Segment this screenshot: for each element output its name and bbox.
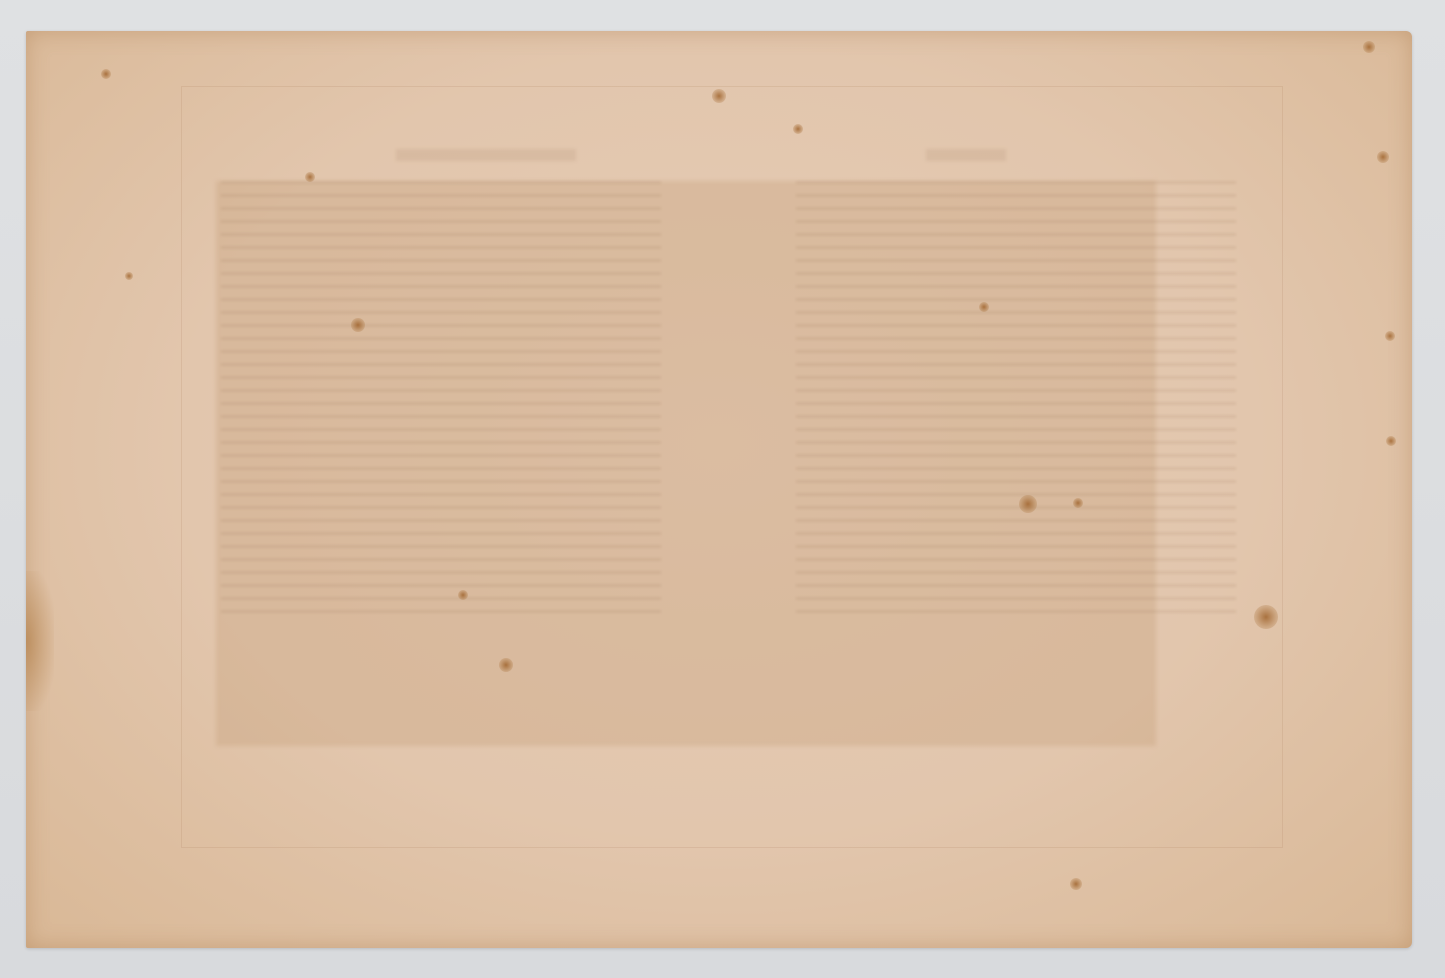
- foxing-spot: [1363, 41, 1375, 53]
- heading-ghost-left: [396, 149, 576, 161]
- foxing-spot: [458, 590, 468, 600]
- text-showthrough-left: [221, 181, 661, 621]
- foxing-spot: [351, 318, 365, 332]
- foxing-spot: [1254, 605, 1278, 629]
- foxing-spot: [979, 302, 989, 312]
- foxing-spot: [125, 272, 133, 280]
- foxing-spot: [793, 124, 803, 134]
- foxing-spot: [712, 89, 726, 103]
- heading-ghost-right: [926, 149, 1006, 161]
- foxing-spot: [101, 69, 111, 79]
- foxing-spot: [1386, 436, 1396, 446]
- edge-stain: [26, 571, 54, 711]
- foxing-spot: [1019, 495, 1037, 513]
- foxing-spot: [1070, 878, 1082, 890]
- foxing-spot: [1073, 498, 1083, 508]
- foxing-spot: [499, 658, 513, 672]
- foxing-spot: [1377, 151, 1389, 163]
- foxing-spot: [305, 172, 315, 182]
- paper-sheet: [26, 31, 1412, 948]
- foxing-spot: [1385, 331, 1395, 341]
- text-showthrough-right: [796, 181, 1236, 621]
